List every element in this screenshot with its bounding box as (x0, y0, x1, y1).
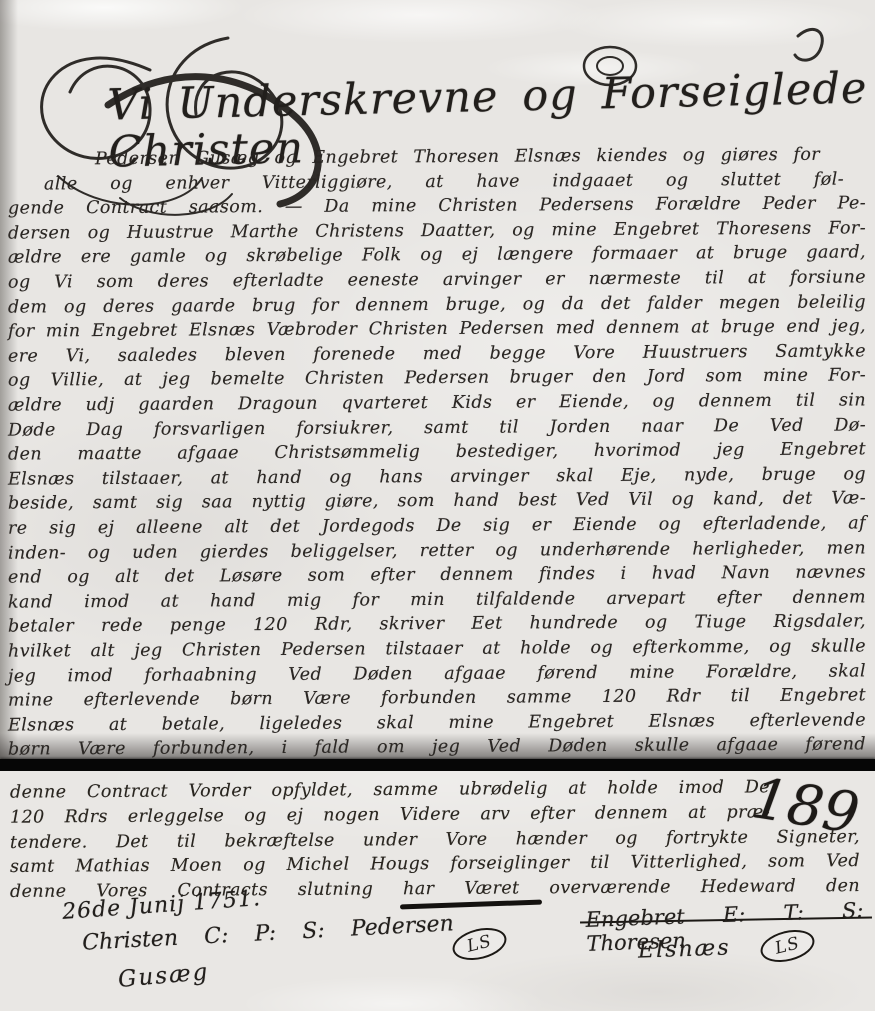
ink-dash (400, 900, 542, 910)
manuscript-line: kand imod at hand mig for min tilfaldend… (8, 587, 866, 612)
manuscript-line: dem og deres gaarde brug for dennem brug… (8, 292, 866, 317)
manuscript-line: gende Contract saasom. — Da mine Christe… (8, 194, 866, 219)
manuscript-line: Pedersen Gusæg og Engebret Thoresen Elsn… (95, 145, 820, 170)
manuscript-line: ere Vi, saaledes bleven forenede med beg… (8, 341, 866, 366)
manuscript-line: den maatte afgaae Christsømmelig bestedi… (8, 440, 866, 465)
manuscript-line: re sig ej alleene alt det Jordegods De s… (8, 513, 866, 538)
manuscript-line: denne Contract Vorder opfyldet, samme ub… (10, 777, 770, 802)
manuscript-line: jeg imod forhaabning Ved Døden afgaae fø… (8, 661, 866, 686)
book-gutter-shadow (0, 0, 18, 759)
manuscript-line: samt Mathias Moen og Michel Hougs forsei… (10, 851, 860, 877)
manuscript-line: hvilket alt jeg Christen Pedersen tilsta… (8, 636, 866, 661)
scan-divider-bar (0, 759, 875, 771)
manuscript-line: betaler rede penge 120 Rdr, skriver Eet … (8, 612, 866, 637)
manuscript-line: end og alt det Løsøre som efter dennem f… (8, 563, 866, 588)
scanned-manuscript-page: Vi Underskrevne og Forseiglede Christen … (0, 0, 875, 1011)
manuscript-line: ældre udj gaarden Dragoun qvarteret Kids… (8, 390, 866, 415)
signature-engebret-farm: Elsnæs (638, 935, 731, 963)
manuscript-line: tendere. Det til bekræftelse under Vore … (10, 827, 860, 853)
signature-christen-farm: Gusæg (117, 959, 210, 993)
manuscript-line: for min Engebret Elsnæs Væbroder Christe… (8, 317, 866, 342)
manuscript-line: dersen og Huustrue Marthe Christens Daat… (8, 218, 866, 243)
manuscript-line: og Vi som deres efterladte eeneste arvin… (8, 267, 866, 292)
wax-seal-left-icon: LS (449, 923, 510, 965)
top-sheet: Vi Underskrevne og Forseiglede Christen … (0, 0, 875, 759)
manuscript-line: 120 Rdrs erleggelse og ej nogen Videre a… (10, 802, 770, 827)
scan-edge-shadow (0, 733, 875, 759)
manuscript-line: Elsnæs at betale, ligeledes skal mine En… (8, 710, 866, 735)
manuscript-line: mine efterlevende børn Være forbunden sa… (8, 686, 866, 711)
page-number: 189 (748, 771, 862, 843)
manuscript-line: beside, samt sig saa nyttig giøre, som h… (8, 489, 866, 514)
manuscript-line: alle og enhver Vitterliggiøre, at have i… (44, 169, 844, 194)
manuscript-line: og Villie, at jeg bemelte Christen Peder… (8, 366, 866, 391)
manuscript-line: Elsnæs tilstaaer, at hand og hans arving… (8, 464, 866, 489)
manuscript-line: Døde Dag forsvarligen forsiukrer, samt t… (8, 415, 866, 440)
manuscript-line: inden- og uden gierdes beliggelser, rett… (8, 538, 866, 563)
manuscript-line: ældre ere gamle og skrøbelige Folk og ej… (8, 243, 866, 268)
bottom-sheet: denne Contract Vorder opfyldet, samme ub… (0, 771, 875, 1011)
